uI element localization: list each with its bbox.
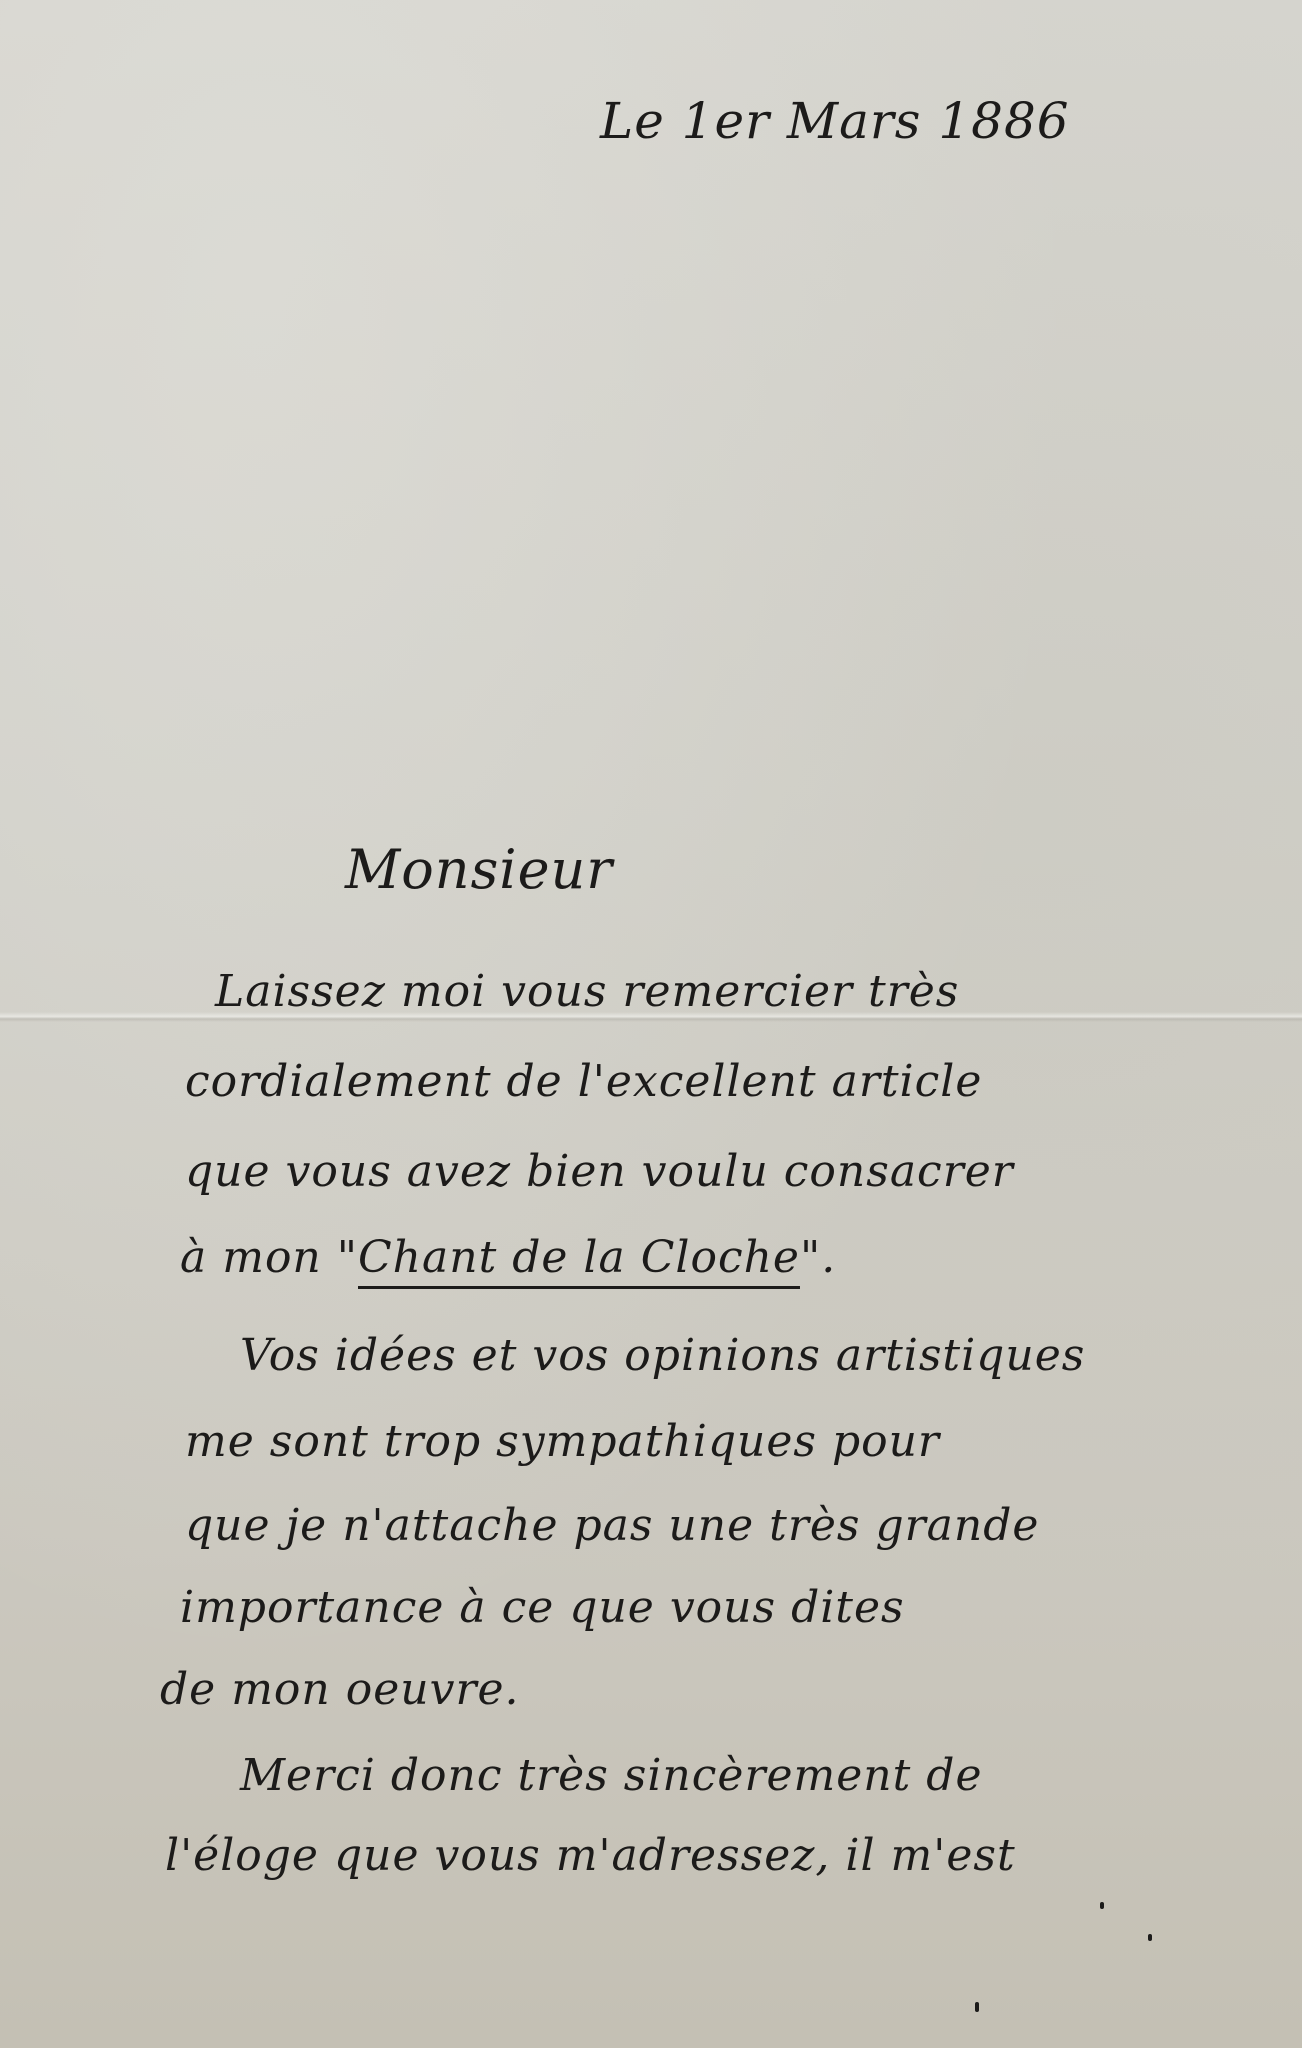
letter-line-1: Laissez moi vous remercier très: [215, 966, 959, 1017]
letter-line-6: me sont trop sympathiques pour: [185, 1416, 940, 1467]
work-title-underlined: Chant de la Cloche: [358, 1232, 800, 1283]
letter-line-5: Vos idées et vos opinions artistiques: [240, 1330, 1085, 1381]
letter-line-7: que je n'attache pas une très grande: [185, 1500, 1039, 1551]
letter-date: Le 1er Mars 1886: [600, 92, 1070, 150]
letter-line-4: à mon "Chant de la Cloche".: [180, 1232, 836, 1283]
letter-line-2: cordialement de l'excellent article: [185, 1056, 982, 1107]
ink-dot: [1100, 1902, 1104, 1909]
letter-line-3: que vous avez bien voulu consacrer: [185, 1146, 1014, 1197]
letter-paper: [0, 0, 1302, 2048]
ink-dot: [975, 2002, 979, 2012]
letter-line-8: importance à ce que vous dites: [180, 1582, 905, 1633]
line-4-prefix: à mon ": [180, 1232, 358, 1283]
letter-line-11: l'éloge que vous m'adressez, il m'est: [165, 1830, 1016, 1881]
ink-dot: [1148, 1934, 1152, 1941]
letter-line-10: Merci donc très sincèrement de: [240, 1750, 983, 1801]
letter-salutation: Monsieur: [345, 838, 613, 901]
line-4-suffix: ".: [800, 1232, 836, 1283]
letter-line-9: de mon oeuvre.: [160, 1664, 520, 1715]
